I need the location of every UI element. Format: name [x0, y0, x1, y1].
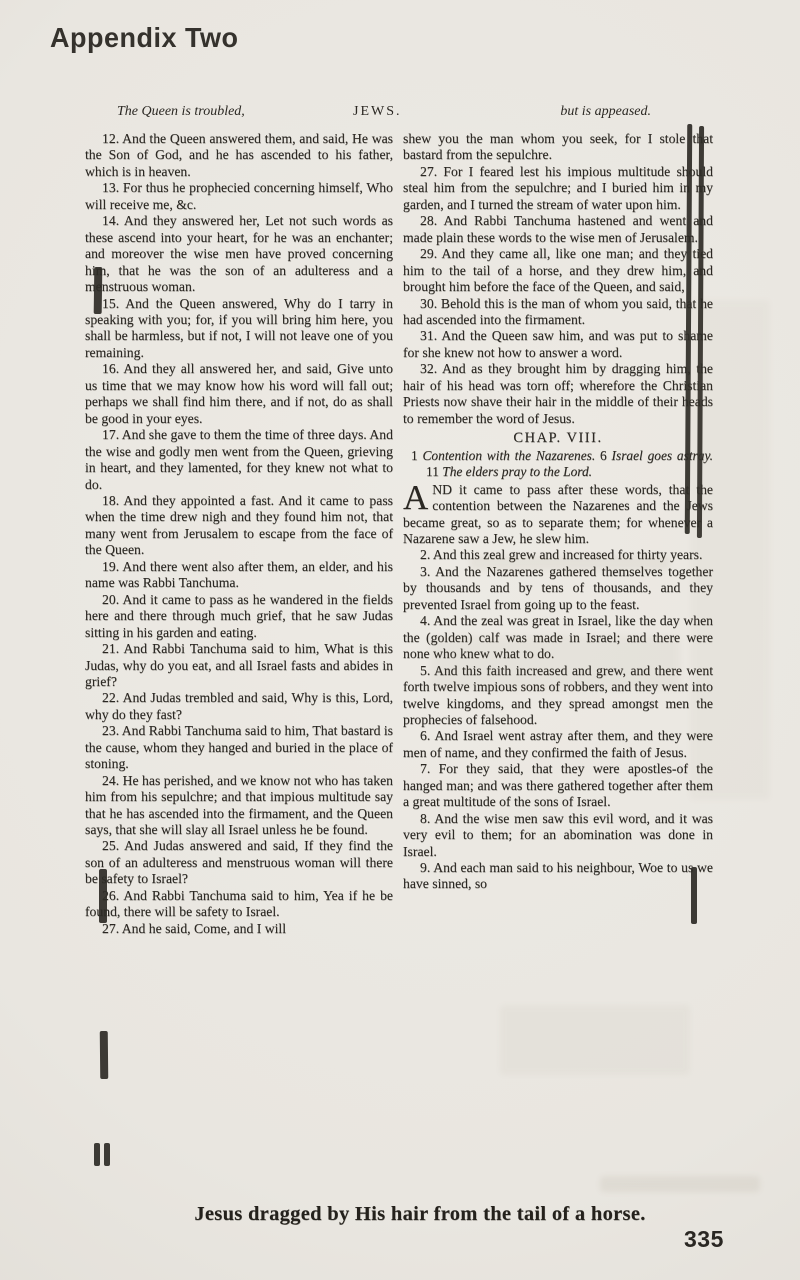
running-head-right: but is appeased. — [560, 104, 651, 120]
verse-paragraph: 27. For I feared lest his impious multit… — [403, 164, 713, 213]
page-bleed-through — [600, 1176, 760, 1192]
appendix-heading: Appendix Two — [50, 22, 239, 54]
verse-paragraph: 5. And this faith increased and grew, an… — [403, 663, 713, 729]
verse-paragraph: 29. And they came all, like one man; and… — [403, 246, 713, 295]
margin-ink-mark — [100, 1031, 109, 1079]
chapter-opening-paragraph: AND it came to pass after these words, t… — [403, 482, 713, 548]
verse-paragraph: 31. And the Queen saw him, and was put t… — [403, 328, 713, 361]
verse-paragraph: 14. And they answered her, Let not such … — [85, 213, 393, 295]
verse-paragraph: 7. For they said, that they were apostle… — [403, 761, 713, 810]
verse-paragraph: 4. And the zeal was great in Israel, lik… — [403, 613, 713, 662]
margin-ink-mark — [104, 1143, 110, 1166]
bottom-caption: Jesus dragged by His hair from the tail … — [120, 1203, 720, 1226]
summary-verse-number: 11 — [426, 464, 442, 479]
chapter-opening-text: ND it came to pass after these words, th… — [403, 482, 713, 546]
verse-paragraph: 13. For thus he prophecied concerning hi… — [85, 180, 393, 213]
left-column: 12. And the Queen answered them, and sai… — [85, 131, 393, 937]
page-bleed-through — [500, 1005, 690, 1075]
verse-paragraph: 18. And they appointed a fast. And it ca… — [85, 493, 393, 559]
right-column: shew you the man whom you seek, for I st… — [403, 131, 713, 893]
margin-ink-mark — [94, 1143, 100, 1166]
verse-paragraph: 25. And Judas answered and said, If they… — [85, 838, 393, 887]
verse-paragraph: 28. And Rabbi Tanchuma hastened and went… — [403, 213, 713, 246]
margin-ink-mark — [99, 869, 107, 923]
verse-paragraph: 23. And Rabbi Tanchuma said to him, That… — [85, 723, 393, 772]
verse-paragraph: 19. And there went also after them, an e… — [85, 559, 393, 592]
verse-paragraph: 22. And Judas trembled and said, Why is … — [85, 690, 393, 723]
verse-paragraph: 27. And he said, Come, and I will — [85, 921, 393, 937]
drop-cap: A — [403, 482, 432, 512]
chapter-summary: 1 Contention with the Nazarenes. 6 Israe… — [411, 448, 713, 480]
verse-paragraph: 3. And the Nazarenes gathered themselves… — [403, 564, 713, 613]
page-number: 335 — [684, 1226, 724, 1253]
verse-paragraph: 32. And as they brought him by dragging … — [403, 361, 713, 427]
verse-paragraph: 15. And the Queen answered, Why do I tar… — [85, 296, 393, 362]
right-column-top-verses: shew you the man whom you seek, for I st… — [403, 131, 713, 427]
verse-paragraph: 21. And Rabbi Tanchuma said to him, What… — [85, 641, 393, 690]
verse-paragraph: 2. And this zeal grew and increased for … — [403, 547, 713, 563]
running-head-left: The Queen is troubled, — [117, 104, 245, 120]
verse-paragraph: 30. Behold this is the man of whom you s… — [403, 296, 713, 329]
verse-paragraph: 12. And the Queen answered them, and sai… — [85, 131, 393, 180]
verse-paragraph: 24. He has perished, and we know not who… — [85, 773, 393, 839]
summary-text: The elders pray to the Lord. — [442, 464, 592, 479]
running-head-center: JEWS. — [353, 104, 402, 120]
running-head: The Queen is troubled, JEWS. but is appe… — [85, 104, 713, 124]
margin-ink-mark — [691, 867, 697, 924]
verse-paragraph: 6. And Israel went astray after them, an… — [403, 728, 713, 761]
chapter-heading: CHAP. VIII. — [403, 430, 713, 446]
summary-text: Contention with the Nazarenes. — [423, 448, 596, 463]
margin-ink-mark — [94, 267, 103, 314]
verse-paragraph: shew you the man whom you seek, for I st… — [403, 131, 713, 164]
right-column-bottom-verses: 2. And this zeal grew and increased for … — [403, 547, 713, 893]
verse-paragraph: 9. And each man said to his neighbour, W… — [403, 860, 713, 893]
verse-paragraph: 17. And she gave to them the time of thr… — [85, 427, 393, 493]
verse-paragraph: 20. And it came to pass as he wandered i… — [85, 592, 393, 641]
verse-paragraph: 16. And they all answered her, and said,… — [85, 361, 393, 427]
summary-verse-number: 6 — [595, 448, 611, 463]
verse-paragraph: 26. And Rabbi Tanchuma said to him, Yea … — [85, 888, 393, 921]
verse-paragraph: 8. And the wise men saw this evil word, … — [403, 811, 713, 860]
summary-verse-number: 1 — [411, 448, 423, 463]
